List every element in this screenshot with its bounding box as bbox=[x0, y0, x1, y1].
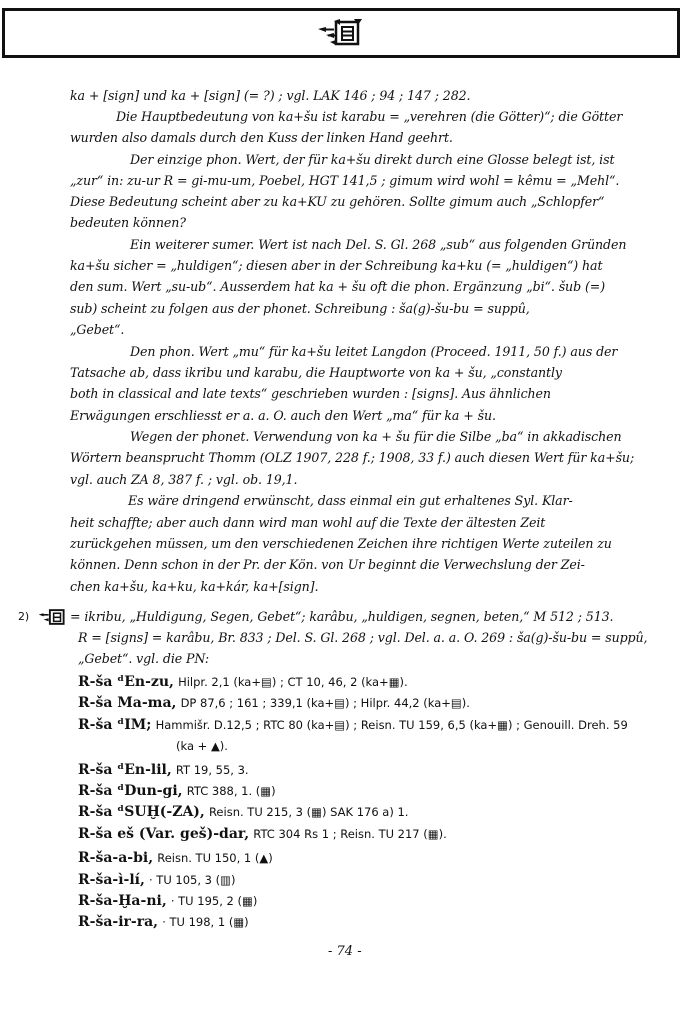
body-line-3: wurden also damals durch den Kuss der li… bbox=[70, 130, 453, 146]
body-line-2: Die Hauptbedeutung von ka+šu ist karabu … bbox=[116, 109, 622, 125]
entry-line-2: R = [signs] = karâbu, Br. 833 ; Del. S. … bbox=[78, 630, 647, 646]
body-line-21: heit schaffte; aber auch dann wird man w… bbox=[70, 515, 545, 531]
body-line-14: Tatsache ab, dass ikribu und karabu, die… bbox=[70, 365, 562, 381]
pn-refs: Reisn. TU 150, 1 (▲) bbox=[157, 851, 272, 865]
body-line-4: Der einzige phon. Wert, der für ka+šu di… bbox=[130, 152, 614, 168]
body-line-8: Ein weiterer sumer. Wert ist nach Del. S… bbox=[130, 237, 626, 253]
pn-row: (ka + ▲). bbox=[176, 737, 228, 756]
pn-row: R-ša ᵈDun-gi, RTC 388, 1. (▦) bbox=[78, 782, 276, 801]
pn-refs: RTC 388, 1. (▦) bbox=[187, 784, 276, 798]
pn-refs: · TU 198, 1 (▦) bbox=[162, 915, 248, 929]
body-line-17: Wegen der phonet. Verwendung von ka + šu… bbox=[130, 429, 622, 445]
entry-line-3: „Gebet“. vgl. die PN: bbox=[78, 651, 209, 667]
body-line-12: „Gebet“. bbox=[70, 322, 124, 338]
pn-name: R-ša Ma-ma, bbox=[78, 695, 176, 711]
body-line-7: bedeuten können? bbox=[70, 215, 186, 231]
cuneiform-sign-icon bbox=[318, 17, 364, 49]
entry-line-1: = ikribu, „Huldigung, Segen, Gebet“; kar… bbox=[70, 609, 613, 625]
pn-name: R-ša-ir-ra, bbox=[78, 914, 158, 930]
body-line-11: sub) scheint zu folgen aus der phonet. S… bbox=[70, 301, 530, 317]
pn-row: R-ša-ir-ra, · TU 198, 1 (▦) bbox=[78, 913, 249, 932]
body-line-23: können. Denn schon in der Pr. der Kön. v… bbox=[70, 557, 585, 573]
cuneiform-sign-icon bbox=[38, 607, 68, 627]
body-line-19: vgl. auch ZA 8, 387 f. ; vgl. ob. 19,1. bbox=[70, 472, 297, 488]
pn-row: R-ša-ì-lí, · TU 105, 3 (▥) bbox=[78, 871, 235, 890]
body-line-6: Diese Bedeutung scheint aber zu ka+KU zu… bbox=[70, 194, 604, 210]
pn-row: R-ša-a-bi, Reisn. TU 150, 1 (▲) bbox=[78, 849, 273, 868]
body-line-20: Es wäre dringend erwünscht, dass einmal … bbox=[128, 493, 573, 509]
pn-name: R-ša-a-bi, bbox=[78, 850, 153, 866]
pn-name: R-ša ᵈIM; bbox=[78, 717, 151, 733]
pn-name: R-ša ᵈDun-gi, bbox=[78, 783, 183, 799]
pn-row: R-ša ᵈIM; Hammišr. D.12,5 ; RTC 80 (ka+▤… bbox=[78, 716, 628, 735]
body-line-15: both in classical and late texts“ geschr… bbox=[70, 386, 551, 402]
body-line-10: den sum. Wert „su-ub“. Ausserdem hat ka … bbox=[70, 279, 605, 295]
pn-row: R-ša eš (Var. geš)-dar, RTC 304 Rs 1 ; R… bbox=[78, 825, 447, 844]
pn-refs: Hilpr. 2,1 (ka+▤) ; CT 10, 46, 2 (ka+▦). bbox=[178, 675, 408, 689]
pn-refs: RTC 304 Rs 1 ; Reisn. TU 217 (▦). bbox=[253, 827, 446, 841]
pn-row: R-ša Ma-ma, DP 87,6 ; 161 ; 339,1 (ka+▤)… bbox=[78, 694, 470, 713]
pn-row: R-ša ᵈEn-zu, Hilpr. 2,1 (ka+▤) ; CT 10, … bbox=[78, 673, 408, 692]
entry-number: 2) bbox=[18, 609, 29, 625]
body-line-9: ka+šu sicher = „huldigen“; diesen aber i… bbox=[70, 258, 602, 274]
pn-refs: RT 19, 55, 3. bbox=[176, 763, 249, 777]
pn-refs: Reisn. TU 215, 3 (▦) SAK 176 a) 1. bbox=[209, 805, 409, 819]
page-number: - 74 - bbox=[328, 944, 362, 959]
pn-name: R-ša-Ḫa-ni, bbox=[78, 893, 167, 909]
body-line-1: ka + [sign] und ka + [sign] (= ?) ; vgl.… bbox=[70, 88, 470, 104]
body-line-22: zurückgehen müssen, um den verschiedenen… bbox=[70, 536, 612, 552]
pn-refs: (ka + ▲). bbox=[176, 739, 228, 753]
pn-name: R-ša ᵈSUḪ(-ZA), bbox=[78, 804, 205, 820]
pn-refs: · TU 195, 2 (▦) bbox=[171, 894, 257, 908]
pn-name: R-ša-ì-lí, bbox=[78, 872, 145, 888]
body-line-24: chen ka+šu, ka+ku, ka+kár, ka+[sign]. bbox=[70, 579, 318, 595]
body-line-16: Erwägungen erschliesst er a. a. O. auch … bbox=[70, 408, 496, 424]
pn-row: R-ša ᵈEn-lil, RT 19, 55, 3. bbox=[78, 761, 249, 780]
pn-name: R-ša ᵈEn-lil, bbox=[78, 762, 172, 778]
pn-refs: · TU 105, 3 (▥) bbox=[149, 873, 235, 887]
pn-row: R-ša-Ḫa-ni, · TU 195, 2 (▦) bbox=[78, 892, 257, 911]
body-line-5: „zur“ in: zu-ur R = gi-mu-um, Poebel, HG… bbox=[70, 173, 619, 189]
pn-row: R-ša ᵈSUḪ(-ZA), Reisn. TU 215, 3 (▦) SAK… bbox=[78, 803, 408, 822]
pn-name: R-ša eš (Var. geš)-dar, bbox=[78, 826, 249, 842]
pn-name: R-ša ᵈEn-zu, bbox=[78, 674, 174, 690]
pn-refs: DP 87,6 ; 161 ; 339,1 (ka+▤) ; Hilpr. 44… bbox=[181, 696, 470, 710]
sign-header-box bbox=[2, 8, 680, 58]
pn-refs: Hammišr. D.12,5 ; RTC 80 (ka+▤) ; Reisn.… bbox=[156, 718, 628, 732]
body-line-13: Den phon. Wert „mu“ für ka+šu leitet Lan… bbox=[130, 344, 617, 360]
body-line-18: Wörtern beansprucht Thomm (OLZ 1907, 228… bbox=[70, 450, 634, 466]
